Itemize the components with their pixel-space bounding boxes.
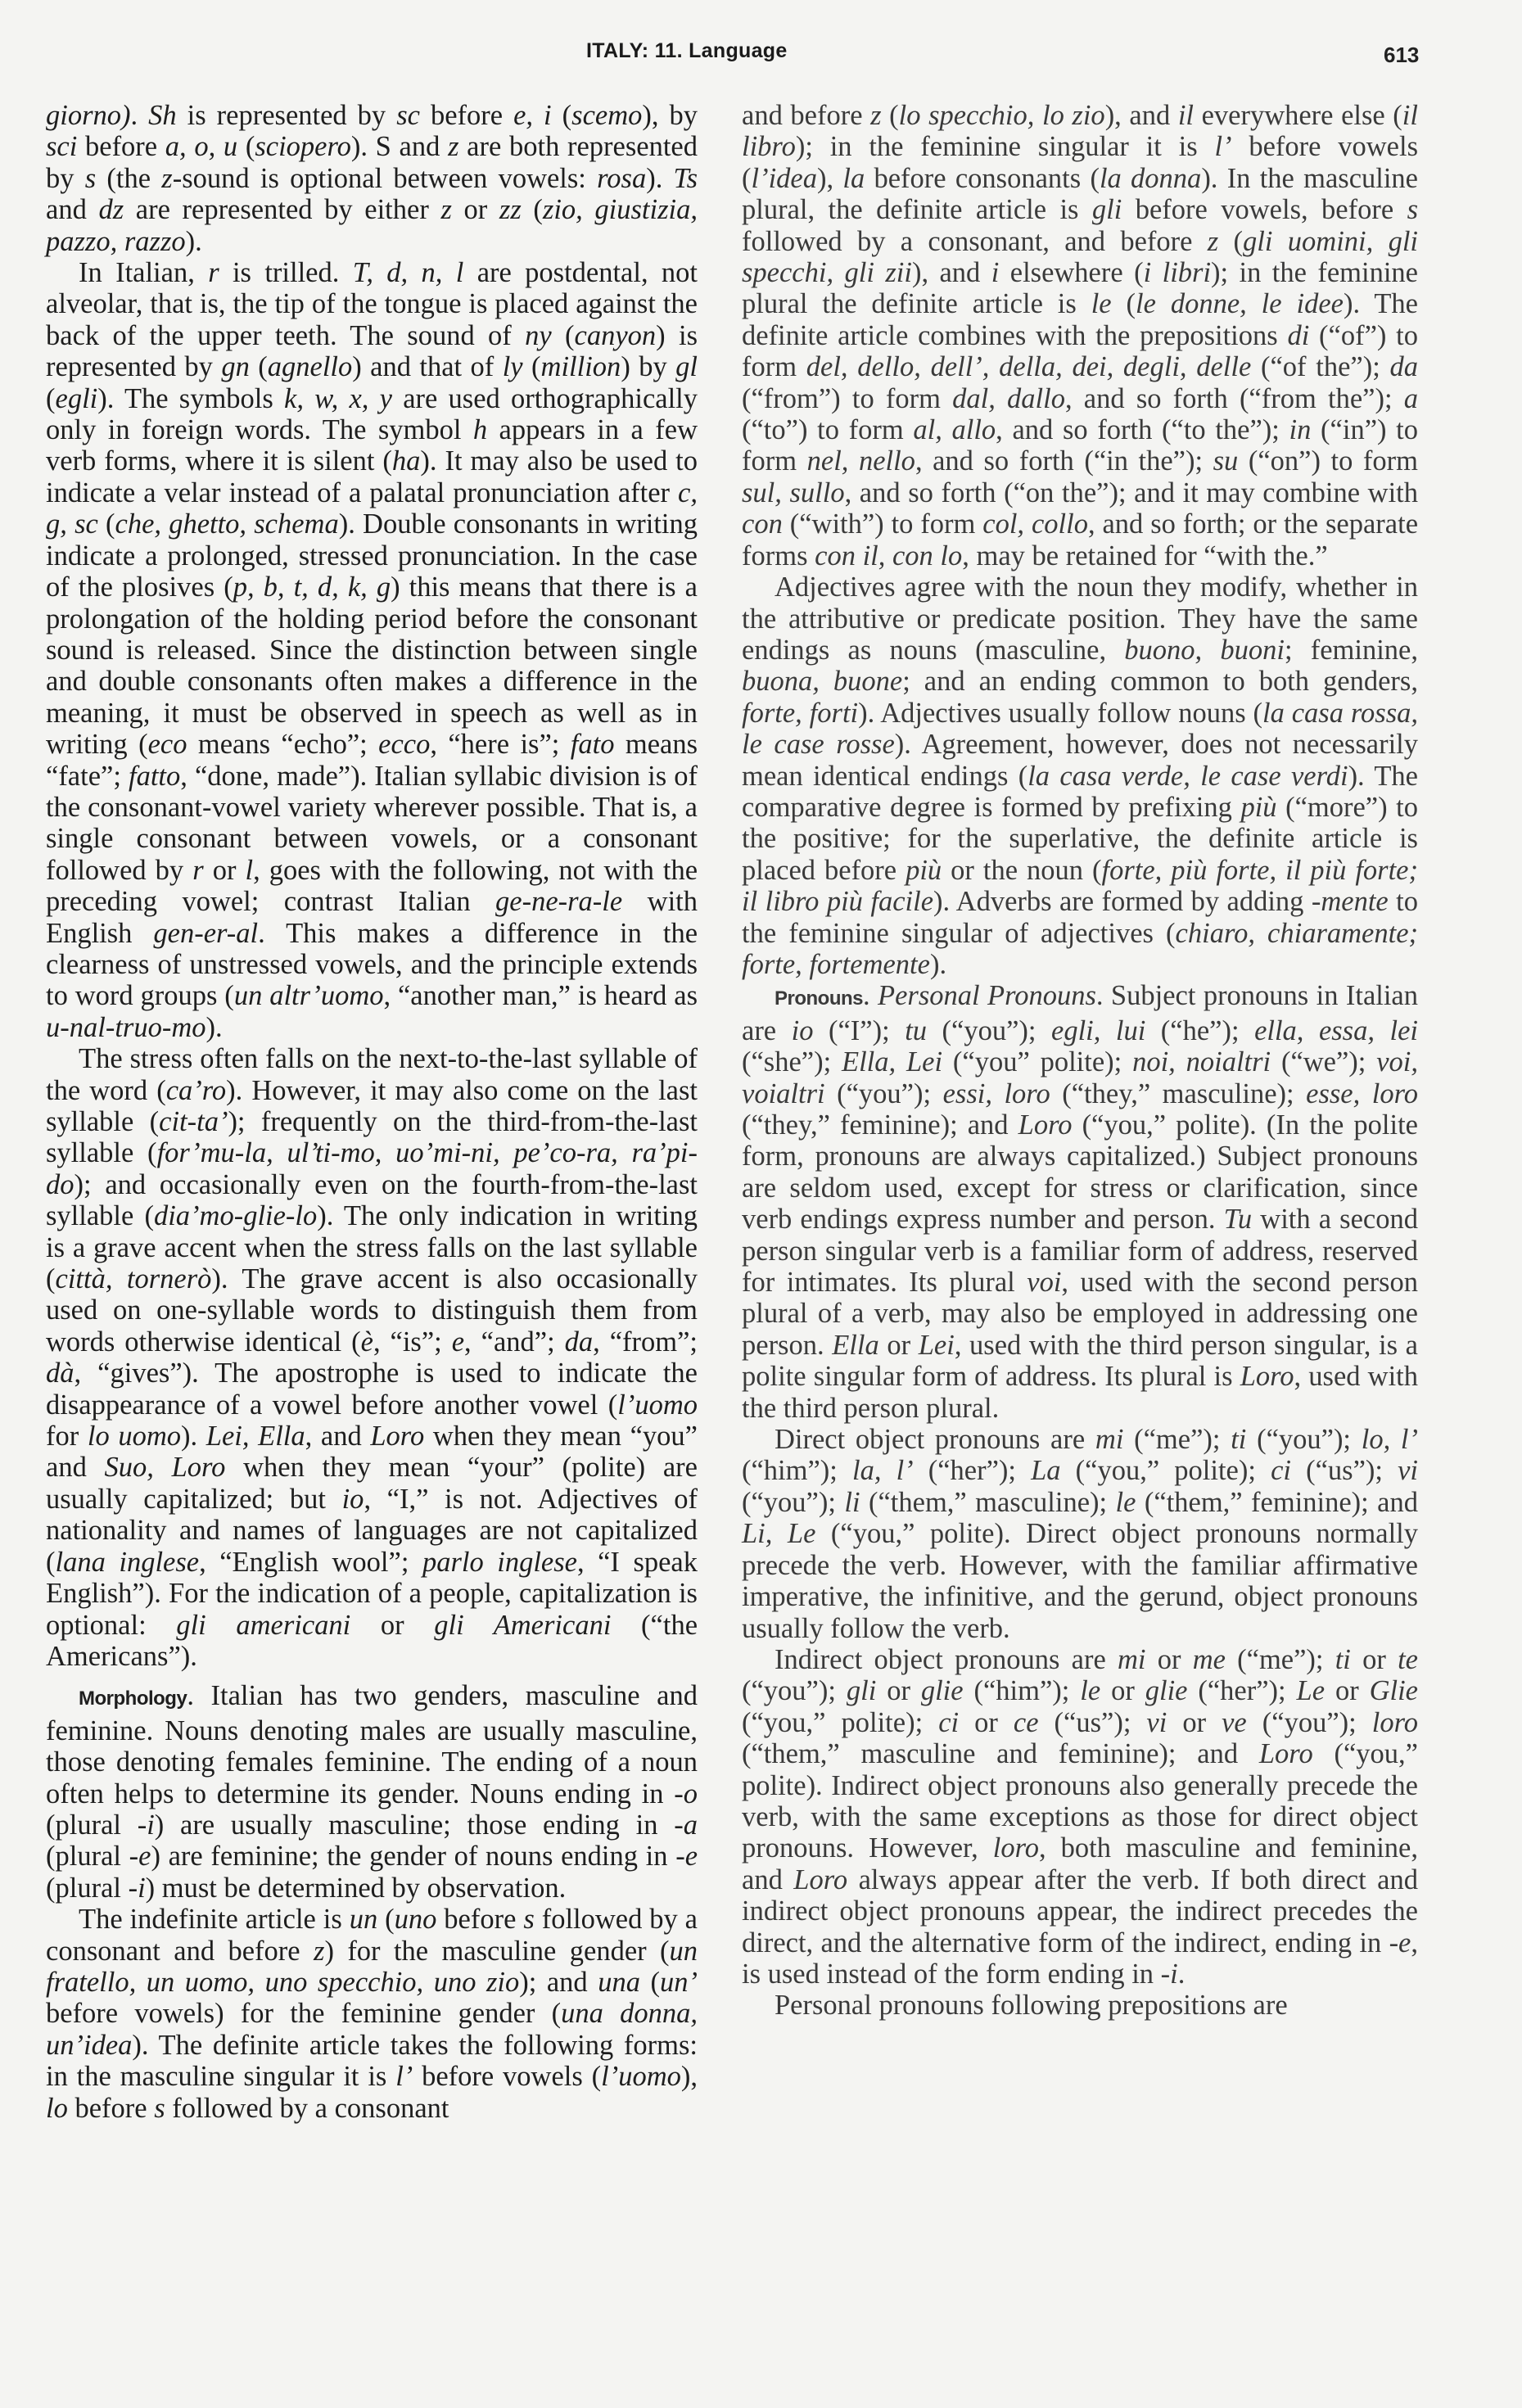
italic-term: r (208, 257, 219, 288)
text-run: ). (205, 1012, 222, 1043)
paragraph: Indirect object pronouns are mi or me (“… (742, 1644, 1418, 1990)
italic-term: le (1080, 1675, 1100, 1706)
text-run: (“him”); (964, 1675, 1081, 1706)
text-run: ( (552, 100, 572, 131)
italic-term: s (85, 163, 96, 194)
text-run: (“me”); (1226, 1644, 1335, 1675)
text-run: everywhere else ( (1194, 100, 1402, 131)
paragraph: and before z (lo specchio, lo zio), and … (742, 100, 1418, 572)
text-run: , “is”; (373, 1326, 452, 1358)
text-run: or (204, 855, 246, 886)
italic-term: gli Americani (434, 1610, 611, 1641)
text-run: (“you” polite); (942, 1046, 1132, 1078)
italic-term: nel, nello (807, 445, 915, 477)
italic-term: più (906, 855, 942, 886)
text-run: ), (681, 2061, 698, 2092)
italic-term: ti (1335, 1644, 1351, 1675)
italic-term: zz (499, 194, 522, 225)
italic-term: ce (1014, 1707, 1039, 1738)
italic-term: s (154, 2093, 165, 2124)
text-run: (“she”); (742, 1046, 842, 1078)
italic-term: agnello (268, 351, 352, 382)
text-run: before (420, 100, 513, 131)
text-run: or (879, 1330, 919, 1361)
italic-term: e (452, 1326, 464, 1358)
italic-term: l’uomo (601, 2061, 681, 2092)
text-run: ). (186, 226, 202, 257)
italic-term: cit-ta’ (159, 1106, 228, 1137)
italic-term: -a (674, 1809, 698, 1841)
italic-term: con il, con lo (815, 540, 962, 572)
text-run: or (1351, 1644, 1398, 1675)
italic-term: la (842, 163, 865, 194)
italic-term: la, l’ (852, 1455, 914, 1486)
text-run: ( (46, 383, 56, 414)
text-run: , “from”; (593, 1326, 698, 1358)
text-run: ( (377, 1904, 394, 1935)
text-run: , “another man,” is heard as (383, 980, 698, 1011)
italic-term: io (342, 1484, 364, 1515)
text-run: ( (250, 351, 268, 382)
text-run: , may be retained for “with the.” (962, 540, 1327, 572)
italic-term: col, collo (982, 508, 1088, 540)
italic-term: z (440, 194, 451, 225)
text-run: (“you”); (742, 1487, 844, 1518)
italic-term: glie (921, 1675, 964, 1706)
text-run: or the noun ( (942, 855, 1101, 886)
italic-term: Personal Pronouns (878, 980, 1096, 1011)
text-run: (“you”); (1246, 1424, 1361, 1455)
text-run: (“us”); (1039, 1707, 1147, 1738)
text-run: followed by a consonant (165, 2093, 449, 2124)
text-column-left: giorno). Sh is represented by sc before … (46, 100, 698, 2124)
italic-term: una (598, 1967, 640, 1998)
italic-term: me (1193, 1644, 1226, 1675)
text-run: ( (1112, 288, 1136, 319)
text-run: (“you”); (825, 1078, 943, 1109)
text-run: . (1178, 1958, 1186, 1990)
italic-term: lo uomo (88, 1421, 181, 1452)
italic-term: parlo inglese (422, 1547, 577, 1578)
italic-term: al, allo (913, 414, 996, 445)
text-run: (“them,” feminine); and (1136, 1487, 1418, 1518)
italic-term: Lei (919, 1330, 955, 1361)
text-run: ) for the masculine gender ( (324, 1936, 669, 1967)
italic-term: ny (525, 320, 552, 351)
italic-term: p, b, t, d, k, g (233, 572, 391, 603)
italic-term: del, dello, dell’, della, dei, degli, de… (806, 351, 1252, 382)
text-run: (“you,” polite); (1061, 1455, 1271, 1486)
paragraph: The indefinite article is un (uno before… (46, 1904, 698, 2124)
italic-term: Glie (1370, 1675, 1418, 1706)
text-run: (“with”) to form (783, 508, 982, 540)
italic-term: sciopero (255, 131, 351, 162)
text-run: ) and that of (352, 351, 502, 382)
italic-term: lo (46, 2093, 68, 2124)
italic-term: forte, forti (742, 698, 858, 729)
italic-term: h (473, 414, 487, 445)
italic-term: di (1287, 320, 1309, 351)
italic-term: la casa verde, le case verdi (1027, 761, 1348, 792)
italic-term: essi, loro (943, 1078, 1050, 1109)
italic-term: con (742, 508, 783, 540)
paragraph: Adjectives agree with the noun they modi… (742, 572, 1418, 980)
italic-term: un’ (660, 1967, 698, 1998)
italic-term: z (448, 131, 458, 162)
italic-term: mi (1118, 1644, 1146, 1675)
italic-term: e, i (513, 100, 552, 131)
italic-term: su (1213, 445, 1239, 477)
text-run: (“from”) to form (742, 383, 952, 414)
paragraph: The stress often falls on the next-to-th… (46, 1043, 698, 1672)
text-run: is represented by (177, 100, 397, 131)
text-run: elsewhere ( (999, 257, 1143, 288)
italic-term: dia’mo-glie-lo (154, 1200, 317, 1231)
italic-term: le (1091, 288, 1112, 319)
text-run: or (1167, 1707, 1222, 1738)
italic-term: l’ (1214, 131, 1231, 162)
italic-term: città, tornerò (56, 1263, 212, 1294)
paragraph: Direct object pronouns are mi (“me”); ti… (742, 1424, 1418, 1644)
italic-term: u-nal-truo-mo (46, 1012, 205, 1043)
text-run: (the (96, 163, 161, 194)
italic-term: -i (1161, 1958, 1178, 1990)
text-run: or (1100, 1675, 1145, 1706)
italic-term: buona, buone (742, 666, 902, 697)
italic-term: lo, l’ (1362, 1424, 1418, 1455)
text-run: ( (552, 320, 575, 351)
italic-term: l’uomo (617, 1389, 698, 1421)
italic-term: Ts (674, 163, 698, 194)
italic-term: lo specchio, lo zio (899, 100, 1105, 131)
text-run: ; feminine, (1285, 635, 1418, 666)
italic-term: -e (129, 1841, 151, 1872)
text-run: (“them,” masculine and feminine); and (742, 1738, 1259, 1769)
text-run: , and so forth (“from the”); (1065, 383, 1404, 414)
italic-term: egli, lui (1051, 1015, 1145, 1046)
italic-term: z (1208, 226, 1218, 257)
italic-term: dà (46, 1358, 75, 1389)
italic-term: tu (905, 1015, 927, 1046)
italic-term: Sh (148, 100, 177, 131)
italic-term: uno (395, 1904, 437, 1935)
italic-term: giorno) (46, 100, 131, 131)
italic-term: i (991, 257, 1000, 288)
paragraph: Morphology. Italian has two genders, mas… (46, 1680, 698, 1904)
italic-term: un (350, 1904, 378, 1935)
text-run: (“him”); (742, 1455, 852, 1486)
text-run: (“them,” masculine); (860, 1487, 1116, 1518)
text-run: (“he”); (1145, 1015, 1254, 1046)
text-run: followed by a consonant, and before (742, 226, 1208, 257)
text-column-right: and before z (lo specchio, lo zio), and … (742, 100, 1418, 2022)
text-run: or (876, 1675, 921, 1706)
page-number: 613 (1384, 43, 1419, 68)
text-run: (plural (46, 1841, 129, 1872)
text-run: or (452, 194, 499, 225)
text-run: (plural (46, 1873, 129, 1904)
italic-term: -i (138, 1809, 155, 1841)
italic-term: gli (1092, 194, 1122, 225)
text-run: before (68, 2093, 154, 2124)
text-run: -sound is optional between vowels: (173, 163, 597, 194)
text-run: ). Adjectives usually follow nouns ( (858, 698, 1262, 729)
italic-term: ly (503, 351, 523, 382)
text-run: ) are usually masculine; those ending in (155, 1809, 674, 1841)
italic-term: il (1178, 100, 1194, 131)
italic-term: gl (675, 351, 698, 382)
text-run: ). (181, 1421, 206, 1452)
italic-term: z (870, 100, 881, 131)
italic-term: vi (1398, 1455, 1418, 1486)
italic-term: gli (847, 1675, 876, 1706)
paragraph: In Italian, r is trilled. T, d, n, l are… (46, 257, 698, 1043)
italic-term: io (792, 1015, 814, 1046)
text-run: ( (882, 100, 899, 131)
text-run: (“her”); (1187, 1675, 1296, 1706)
text-run: ). (930, 949, 946, 980)
italic-term: in (1289, 414, 1312, 445)
italic-term: r (192, 855, 203, 886)
text-run: for (46, 1421, 88, 1452)
italic-term: più (1240, 792, 1276, 823)
text-run: before vowels ( (413, 2061, 601, 2092)
text-run: and before (742, 100, 870, 131)
text-run: is trilled. (219, 257, 353, 288)
italic-term: ci (938, 1707, 959, 1738)
text-run: ), and (912, 257, 991, 288)
text-run: , and so forth (“in the”); (915, 445, 1213, 477)
italic-term: è (361, 1326, 373, 1358)
text-run: or (350, 1610, 434, 1641)
italic-term: k, w, x, y (284, 383, 392, 414)
italic-term: l (245, 855, 253, 886)
paragraph: Pronouns. Personal Pronouns. Subject pro… (742, 980, 1418, 1424)
italic-term: ge-ne-ra-le (495, 886, 622, 917)
text-run: ( (523, 351, 541, 382)
italic-term: glie (1145, 1675, 1188, 1706)
text-run: (“we”); (1271, 1046, 1376, 1078)
text-run: ). S and (351, 131, 448, 162)
text-run: or (959, 1707, 1014, 1738)
text-run: ). The symbols (97, 383, 284, 414)
text-run: ); and (519, 1967, 598, 1998)
text-run: , “gives”). The apostrophe is used to in… (46, 1358, 698, 1420)
text-run: (“you,” polite). Direct object pronouns … (742, 1518, 1418, 1643)
italic-term: ella, essa, lei (1254, 1015, 1418, 1046)
text-run: ), and (1105, 100, 1178, 131)
italic-term: i libri (1144, 257, 1211, 288)
italic-term: le donne, le idee (1136, 288, 1344, 319)
italic-term: un altr’uomo (234, 980, 384, 1011)
italic-term: buono, buoni (1124, 635, 1285, 666)
section-rubric: Morphology (79, 1687, 187, 1710)
italic-term: loro (993, 1832, 1039, 1864)
text-run: and (46, 194, 98, 225)
text-run: or (1325, 1675, 1370, 1706)
italic-term: fato (571, 729, 615, 760)
italic-term: eco (148, 729, 187, 760)
text-run: (plural (46, 1809, 138, 1841)
italic-term: sci (46, 131, 77, 162)
text-run: ) must be determined by observation. (146, 1873, 567, 1904)
italic-term: ecco (378, 729, 430, 760)
italic-term: rosa (597, 163, 646, 194)
text-run: ( (98, 508, 115, 540)
italic-term: Lei, Ella (206, 1421, 305, 1452)
italic-term: -o (674, 1778, 698, 1809)
italic-term: Loro (1259, 1738, 1313, 1769)
italic-term: da (565, 1326, 594, 1358)
italic-term: le (1116, 1487, 1136, 1518)
text-run: ), by (642, 100, 698, 131)
text-run: ( (522, 194, 543, 225)
italic-term: Suo, Loro (105, 1452, 226, 1483)
text-run: , “and”; (464, 1326, 565, 1358)
italic-term: Le (1297, 1675, 1326, 1706)
italic-term: ha (392, 445, 421, 477)
italic-term: mi (1095, 1424, 1124, 1455)
text-run: , and (305, 1421, 371, 1452)
italic-term: dal, dallo (952, 383, 1065, 414)
italic-term: La (1031, 1455, 1060, 1486)
text-run: ). (646, 163, 673, 194)
italic-term: -e (1389, 1927, 1411, 1958)
running-head: ITALY: 11. Language (586, 39, 788, 63)
section-rubric: Pronouns (775, 987, 863, 1010)
text-run: (“they,” masculine); (1050, 1078, 1306, 1109)
text-run: . (863, 980, 878, 1011)
italic-term: Loro (793, 1864, 847, 1895)
text-run: (“you”); (927, 1015, 1051, 1046)
italic-term: Ella, Lei (842, 1046, 942, 1078)
text-run: (“of the”); (1251, 351, 1389, 382)
text-run: Indirect object pronouns are (775, 1644, 1118, 1675)
italic-term: te (1398, 1644, 1418, 1675)
italic-term: l’idea (752, 163, 817, 194)
text-run: (“I”); (813, 1015, 905, 1046)
text-run: before vowels) for the feminine gender ( (46, 1998, 561, 2029)
text-run: Direct object pronouns are (775, 1424, 1095, 1455)
italic-term: voi (1027, 1267, 1061, 1298)
italic-term: Li, Le (742, 1518, 815, 1549)
text-run: (“on”) to form (1238, 445, 1418, 477)
text-run: . (131, 100, 149, 131)
italic-term: li (844, 1487, 860, 1518)
italic-term: z (161, 163, 172, 194)
italic-term: lana inglese (56, 1547, 200, 1578)
text-run: before vowels, before (1122, 194, 1407, 225)
italic-term: esse, loro (1306, 1078, 1418, 1109)
text-run: (“to”) to form (742, 414, 913, 445)
text-run: , and so forth (“to the”); (996, 414, 1289, 445)
italic-term: a (1404, 383, 1418, 414)
italic-term: l’ (395, 2061, 413, 2092)
paragraph: giorno). Sh is represented by sc before … (46, 100, 698, 257)
italic-term: -mente (1312, 886, 1389, 917)
text-run: ) are feminine; the gender of nouns endi… (151, 1841, 675, 1872)
italic-term: da (1390, 351, 1419, 382)
text-run: before consonants ( (865, 163, 1100, 194)
italic-term: sul, sullo (742, 477, 845, 508)
italic-term: Tu (1224, 1204, 1253, 1235)
italic-term: ca’ro (166, 1075, 226, 1106)
italic-term: million (541, 351, 621, 382)
italic-term: s (1407, 194, 1418, 225)
italic-term: vi (1146, 1707, 1167, 1738)
text-run: before (77, 131, 165, 162)
italic-term: canyon (575, 320, 657, 351)
text-run: ); in the feminine singular it is (796, 131, 1215, 162)
text-run: (“her”); (914, 1455, 1031, 1486)
text-run: ( (1218, 226, 1243, 257)
text-run: or (1146, 1644, 1193, 1675)
italic-term: sc (396, 100, 420, 131)
text-run: are represented by either (124, 194, 440, 225)
text-run: ( (237, 131, 255, 162)
text-run: Personal pronouns following prepositions… (775, 1990, 1288, 2021)
italic-term: egli (56, 383, 98, 414)
text-run: before (436, 1904, 523, 1935)
italic-term: loro (1372, 1707, 1418, 1738)
text-run: (“me”); (1123, 1424, 1231, 1455)
page-header: ITALY: 11. Language 613 (0, 39, 1522, 80)
text-run: , “English wool”; (199, 1547, 422, 1578)
text-run: , and so forth (“on the”); and it may co… (845, 477, 1418, 508)
italic-term: dz (98, 194, 124, 225)
text-run: ( (640, 1967, 660, 1998)
text-run: (“us”); (1291, 1455, 1398, 1486)
italic-term: ci (1271, 1455, 1291, 1486)
text-run: , “here is”; (430, 729, 570, 760)
italic-term: fatto (129, 761, 180, 792)
italic-term: ti (1231, 1424, 1246, 1455)
italic-term: gn (221, 351, 250, 382)
italic-term: noi, noialtri (1132, 1046, 1271, 1078)
text-run: (“you,” polite); (742, 1707, 938, 1738)
text-run: ), (817, 163, 842, 194)
italic-term: z (314, 1936, 324, 1967)
italic-term: gen-er-al (153, 918, 258, 949)
text-run: The indefinite article is (79, 1904, 350, 1935)
text-run: means “echo”; (187, 729, 378, 760)
text-run: ). Adverbs are formed by adding (933, 886, 1312, 917)
italic-term: Ella (832, 1330, 879, 1361)
italic-term: Loro (370, 1421, 424, 1452)
text-run: ) by (621, 351, 675, 382)
italic-term: T, d, n, l (353, 257, 464, 288)
italic-term: ve (1222, 1707, 1247, 1738)
text-run: (“you”); (1247, 1707, 1372, 1738)
italic-term: -e (675, 1841, 698, 1872)
text-run: (“they,” feminine); and (742, 1109, 1018, 1141)
italic-term: Loro (1018, 1109, 1073, 1141)
paragraph: Personal pronouns following prepositions… (742, 1990, 1418, 2021)
italic-term: scemo (571, 100, 642, 131)
italic-term: Loro (1240, 1361, 1294, 1392)
italic-term: a, o, u (165, 131, 237, 162)
italic-term: gli americani (176, 1610, 350, 1641)
italic-term: -i (129, 1873, 146, 1904)
italic-term: che, ghetto, schema (115, 508, 339, 540)
text-run: In Italian, (79, 257, 208, 288)
text-run: (“you”); (742, 1675, 847, 1706)
italic-term: la donna (1100, 163, 1201, 194)
italic-term: s (523, 1904, 534, 1935)
text-run: ; and an ending common to both genders, (902, 666, 1418, 697)
